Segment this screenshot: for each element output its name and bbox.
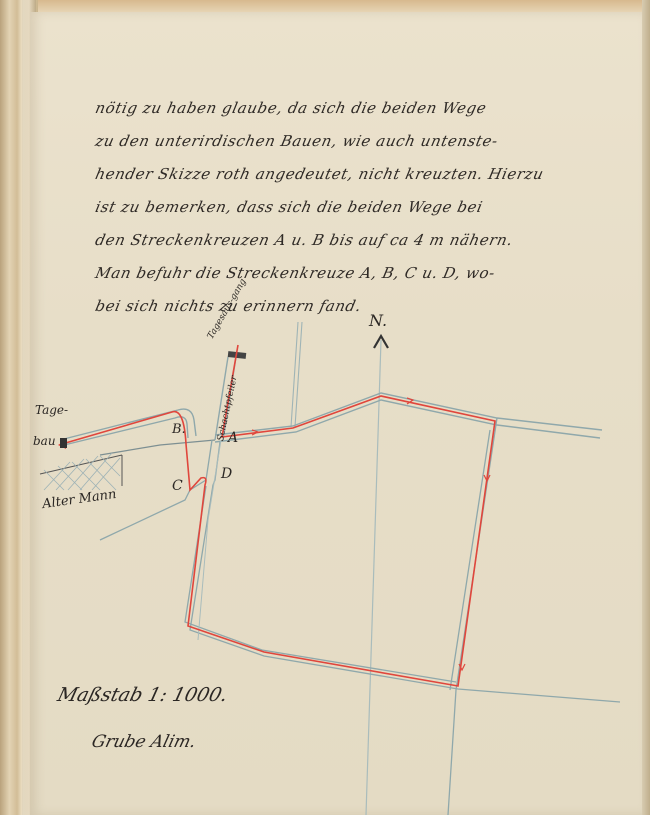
scale-note: Maßstab 1: 1000. (55, 684, 230, 706)
road-d-outer (190, 442, 620, 702)
point-d-label: D (221, 466, 232, 482)
side-road (291, 322, 302, 427)
tagebau-label-1: Tage- (35, 403, 68, 417)
old-wall-road (100, 440, 215, 455)
road-d-inner (185, 486, 456, 682)
road-left-inner (60, 417, 188, 446)
red-route-line (62, 345, 495, 686)
point-a-label: A (228, 430, 238, 446)
north-label: N. (369, 311, 387, 330)
signature: Grube Alim. (90, 732, 199, 752)
tagebau-label-2: bau (33, 434, 56, 448)
point-b-label: B. (172, 422, 186, 437)
north-meridian-line (366, 340, 381, 815)
point-c-label: C (172, 478, 183, 494)
road-outline-lower (215, 400, 600, 442)
road-c (100, 440, 212, 540)
road-d-lower (198, 440, 221, 640)
tagebau-marker (60, 438, 67, 448)
road-outline-upper (215, 393, 602, 435)
road-right (448, 418, 497, 815)
